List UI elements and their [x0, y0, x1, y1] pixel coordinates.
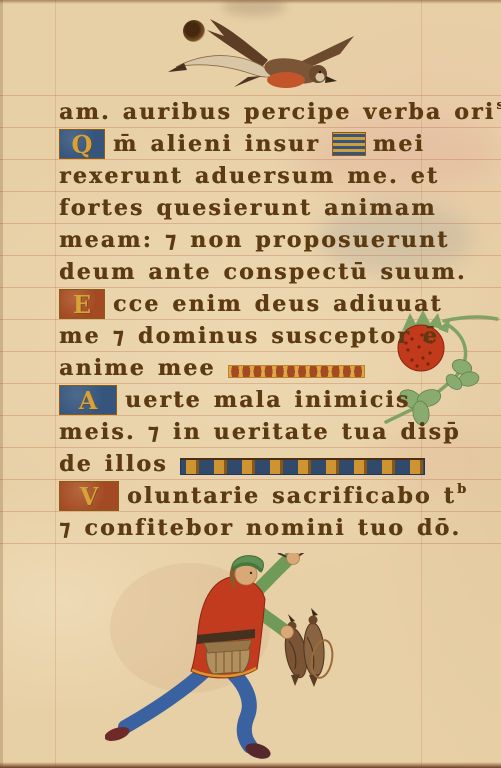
text-line: ⁊ confitebor nomini tuo dō.	[59, 512, 425, 544]
caught-bird-beak	[311, 608, 318, 616]
bird-breast	[267, 72, 305, 88]
swallow-illustration	[150, 10, 370, 95]
left-page-edge	[0, 0, 3, 768]
bird-head	[309, 65, 327, 83]
bottom-page-edge	[0, 762, 501, 768]
figure-belt	[197, 629, 255, 644]
bird-eye	[319, 71, 322, 74]
line-text: rexerunt aduersum me. et	[59, 163, 439, 189]
caught-bird-wing-lines	[289, 637, 314, 671]
text-line: meam: ⁊ non proposuerunt	[59, 224, 425, 256]
caught-bird-tail	[309, 674, 319, 687]
line-text: de illos	[59, 451, 168, 477]
text-line: de illos	[59, 448, 425, 480]
bird-cheek	[316, 73, 325, 82]
bird-catcher-illustration	[105, 553, 365, 765]
text-line: me ⁊ dominus susceptor ē	[59, 320, 425, 352]
line-text: ⁊ confitebor nomini tuo dō.	[59, 515, 461, 541]
caught-birds	[282, 623, 326, 680]
figure-tunic	[191, 577, 265, 678]
snare-loop	[309, 639, 335, 680]
line-text: uerte mala inimicis	[125, 387, 411, 413]
figure-shadow	[110, 563, 270, 693]
figure-head	[235, 563, 257, 585]
figure-raised-arm	[253, 558, 290, 595]
caught-bird-head	[309, 616, 318, 625]
figure-pouch-pleats	[216, 645, 240, 673]
figure-pouch-flap	[204, 640, 252, 653]
text-line: V oluntarie sacrificabo tb	[59, 480, 425, 512]
line-filler-acanthus	[180, 458, 425, 475]
figure-cap-band	[233, 564, 261, 571]
superscript-abbreviation: s	[496, 98, 501, 113]
bird-far-wing	[300, 36, 354, 68]
left-margin-ruling	[55, 0, 56, 768]
figure-right-leg	[233, 673, 250, 746]
bird-beak	[325, 76, 337, 83]
text-line: rexerunt aduersum me. et	[59, 160, 425, 192]
illuminated-initial-a: A	[59, 385, 117, 415]
caught-bird-tail	[291, 674, 300, 686]
figure-tunic-hem	[192, 668, 256, 676]
figure-raised-hand	[287, 553, 300, 565]
bird-upper-wing	[207, 19, 268, 67]
line-text: am. auribus percipe verba ori	[59, 99, 495, 125]
top-page-edge	[0, 0, 501, 4]
text-line: am. auribus percipe verba oris	[59, 96, 425, 128]
figure-fore-hand	[281, 626, 294, 639]
bird-wing-tip	[168, 63, 187, 72]
line-text: me ⁊ dominus susceptor ē	[59, 323, 439, 349]
line-text: deum ante conspectū suum.	[59, 259, 467, 285]
line-filler-braid	[228, 365, 365, 378]
text-line: Q m̄ alieni insur mei	[59, 128, 425, 160]
caught-bird-head	[288, 622, 297, 631]
strawberry-stem	[444, 317, 497, 321]
figure-fore-arm	[255, 609, 284, 630]
text-line: anime mee	[59, 352, 425, 384]
line-text: meis. ⁊ in ueritate tua disp̄	[59, 419, 461, 445]
figure-cap	[232, 556, 263, 572]
figure-eye	[250, 572, 252, 574]
bird-legs-in-hand	[278, 553, 304, 557]
gold-paraph-marker	[332, 132, 366, 156]
bird-tail	[234, 76, 262, 87]
line-text: cce enim deus adiuuat	[113, 291, 443, 317]
line-text: meam: ⁊ non proposuerunt	[59, 227, 450, 253]
figure-left-leg	[125, 671, 205, 727]
bird-body	[262, 54, 321, 87]
bird-near-wing	[176, 56, 274, 77]
ink-spot	[183, 20, 205, 42]
illuminated-initial-q: Q	[59, 129, 105, 159]
text-line: deum ante conspectū suum.	[59, 256, 425, 288]
manuscript-page: am. auribus percipe verba oris Q m̄ alie…	[0, 0, 501, 768]
caught-bird-beak	[288, 614, 295, 622]
figure-left-shoe	[105, 724, 131, 743]
line-text: m̄ alieni insur	[113, 131, 320, 157]
line-text: anime mee	[59, 355, 216, 381]
line-text: oluntarie sacrificabo t	[127, 483, 456, 509]
text-line: A uerte mala inimicis	[59, 384, 425, 416]
line-text: fortes quesierunt animam	[59, 195, 437, 221]
figure-right-shoe	[243, 740, 272, 761]
illuminated-initial-v: V	[59, 481, 119, 511]
text-line: E cce enim deus adiuuat	[59, 288, 425, 320]
top-smudge	[222, 0, 286, 16]
superscript-abbreviation: b	[457, 482, 468, 497]
text-line: fortes quesierunt animam	[59, 192, 425, 224]
text-line: meis. ⁊ in ueritate tua disp̄	[59, 416, 425, 448]
illuminated-initial-e: E	[59, 289, 105, 319]
figure-pouch	[206, 643, 250, 674]
line-end-word: mei	[373, 131, 425, 157]
figure-hair	[230, 564, 239, 590]
